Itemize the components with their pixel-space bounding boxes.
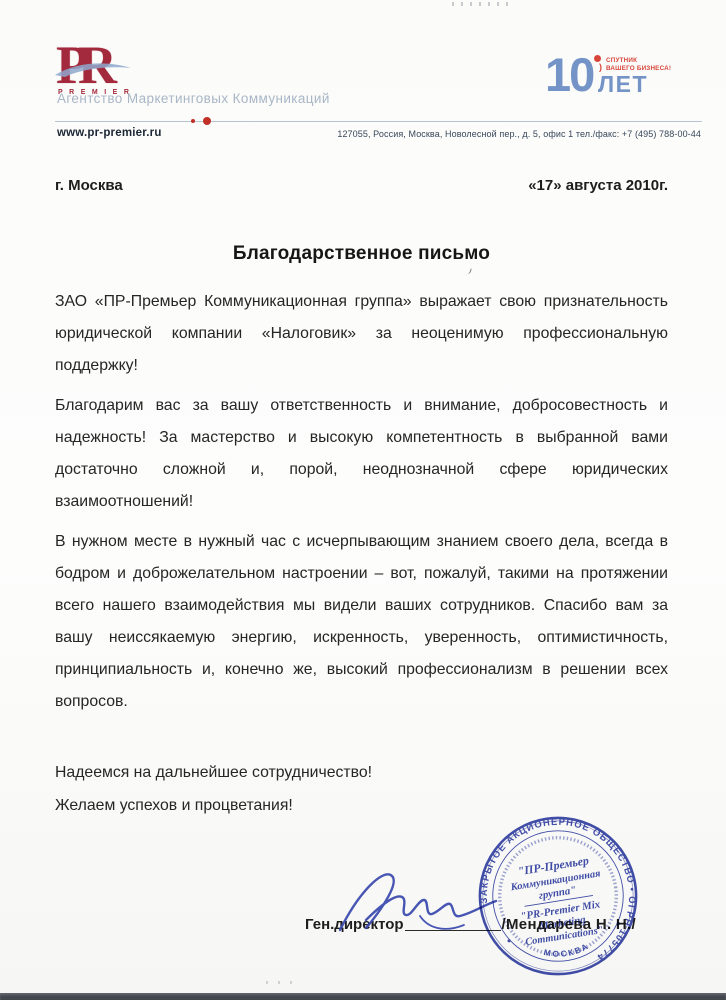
- anniversary-slogan: СПУТНИК ВАШЕГО БИЗНЕСА!: [606, 57, 701, 72]
- paragraph-line: вопросов.: [55, 686, 668, 718]
- anniversary-dot-icon: [594, 55, 601, 62]
- company-address: 127055, Россия, Москва, Новолесной пер.,…: [337, 129, 701, 139]
- logo-tagline: Агентство Маркетинговых Коммуникаций: [57, 91, 330, 106]
- paragraph: В нужном месте в нужный час с исчерпываю…: [55, 526, 668, 718]
- anniversary-number: 10: [545, 47, 593, 102]
- website-url: www.pr-premier.ru: [57, 127, 162, 139]
- letter-title: Благодарственное письмо: [55, 243, 668, 265]
- date-label: «17» августа 2010г.: [528, 177, 668, 194]
- scan-artifact: [452, 2, 510, 6]
- paragraph-line: всего нашего взаимодействия мы видели ва…: [55, 590, 668, 622]
- scan-speck-icon: [466, 268, 472, 275]
- company-stamp-icon: ЗАКРЫТОЕ АКЦИОНЕРНОЕ ОБЩЕСТВО • ОГРН 105…: [462, 800, 654, 992]
- paragraph-line: принципиальность и, конечно же, высокий …: [55, 654, 668, 686]
- meta-row: г. Москва «17» августа 2010г.: [55, 177, 668, 194]
- paragraph: ЗАО «ПР-Премьер Коммуникационная группа»…: [55, 286, 668, 382]
- anniversary-badge: 10 ) СПУТНИК ВАШЕГО БИЗНЕСА! ЛЕТ: [545, 53, 705, 105]
- pr-premier-logo: PR PREMIER: [56, 42, 176, 96]
- anniversary-slogan-line1: СПУТНИК: [606, 57, 701, 65]
- scanned-letter-page: PR PREMIER Агентство Маркетинговых Комму…: [0, 0, 726, 1000]
- paragraph-line: ЗАО «ПР-Премьер Коммуникационная группа»…: [55, 286, 668, 318]
- paragraph: Благодарим вас за вашу ответственность и…: [55, 390, 668, 518]
- paragraph-line: поддержку!: [55, 350, 668, 382]
- paragraph-line: юридической компании «Налоговик» за неоц…: [55, 318, 668, 350]
- paragraph-line: бодром и доброжелательном настроении – в…: [55, 558, 668, 590]
- header-divider: [55, 121, 702, 122]
- paragraph-line: достаточно сложной и, порой, неоднозначн…: [55, 454, 668, 486]
- logo-swoosh-icon: [53, 59, 153, 81]
- city-label: г. Москва: [55, 177, 123, 194]
- paragraph-line: взаимоотношений!: [55, 486, 668, 518]
- scan-artifact: [266, 981, 300, 984]
- paragraph-line: В нужном месте в нужный час с исчерпываю…: [55, 526, 668, 558]
- divider-dot-small-icon: [191, 119, 195, 123]
- anniversary-years-label: ЛЕТ: [598, 71, 648, 98]
- paragraph-line: Благодарим вас за вашу ответственность и…: [55, 390, 668, 422]
- paragraph-line: надежность! За мастерство и высокую комп…: [55, 422, 668, 454]
- divider-dot-large-icon: [203, 117, 211, 125]
- letter-body: ЗАО «ПР-Премьер Коммуникационная группа»…: [55, 286, 668, 822]
- closing-line: Надеемся на дальнейшее сотрудничество!: [55, 756, 668, 789]
- scan-edge: [0, 993, 726, 1000]
- paragraph-line: вашу неиссякаемую энергию, искренность, …: [55, 622, 668, 654]
